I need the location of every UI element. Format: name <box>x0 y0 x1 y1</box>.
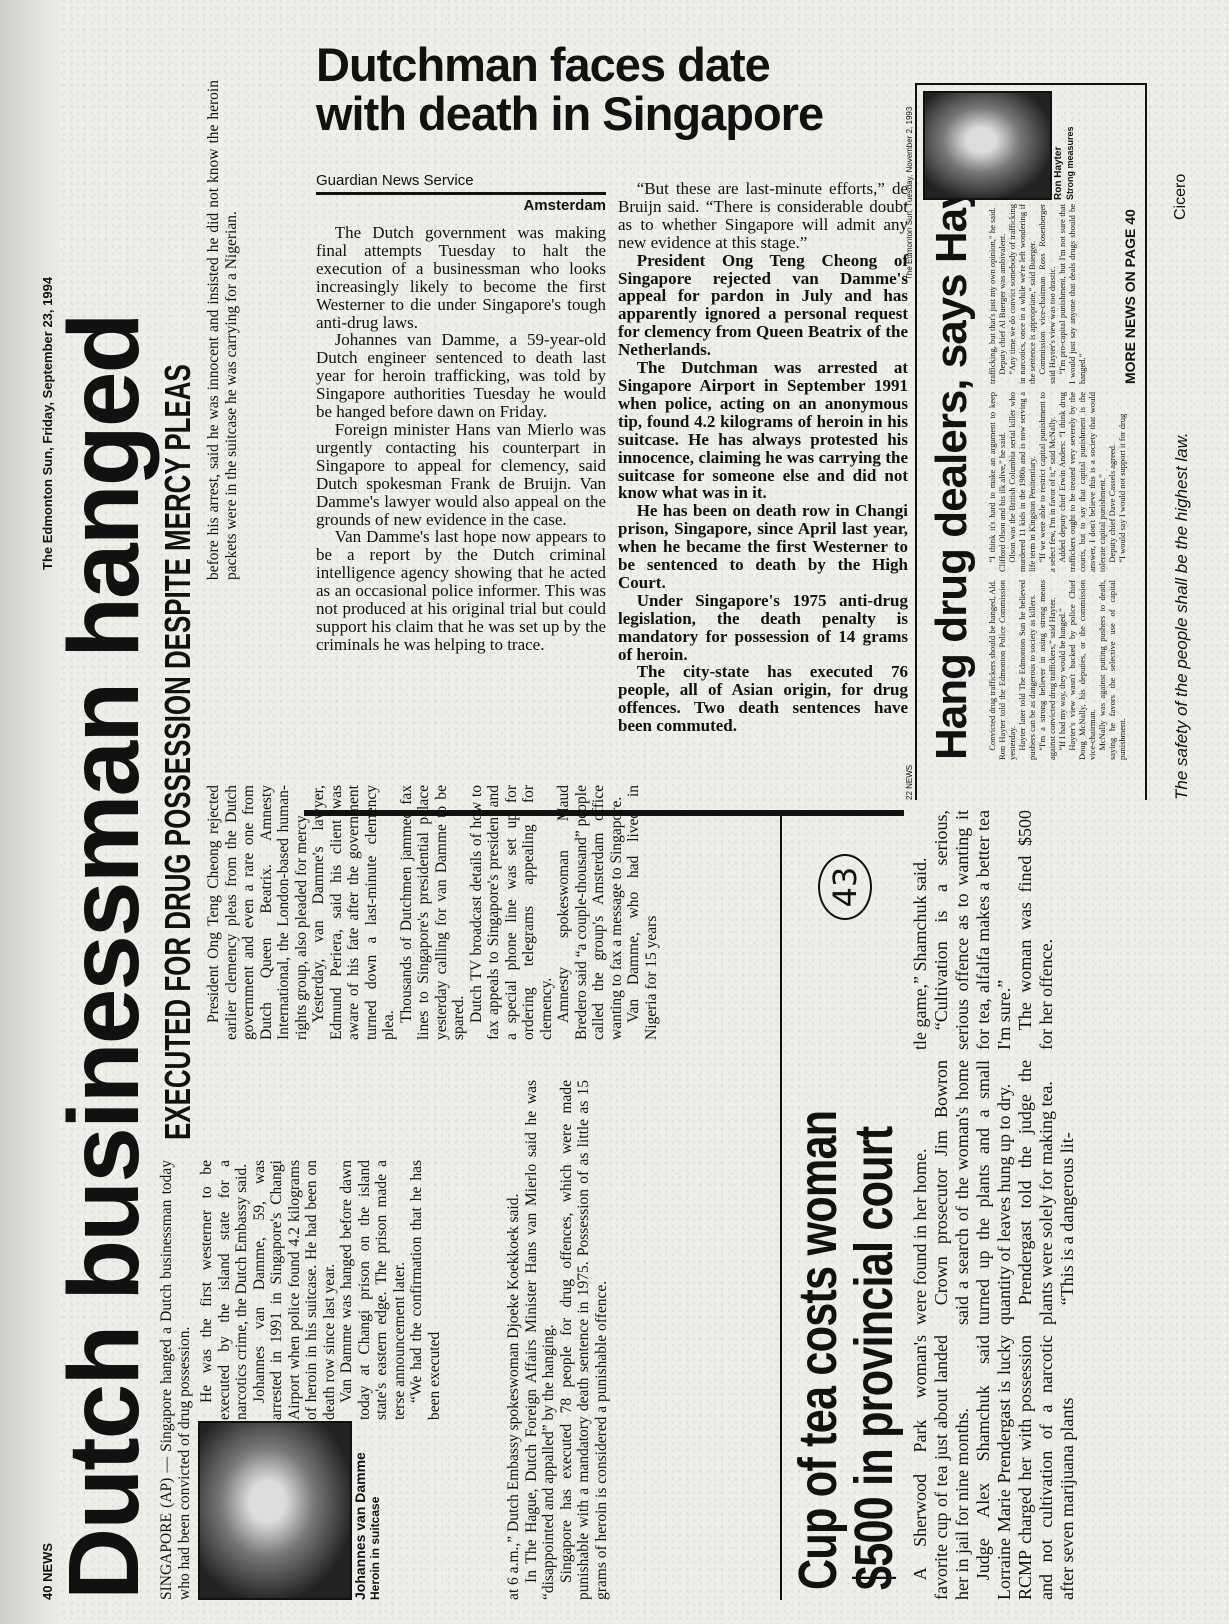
caption-name: Ron Hayter <box>1053 147 1064 200</box>
hayter-column-2: “I think it's hard to make an argument t… <box>987 392 1127 572</box>
paragraph: Convicted drug traffickers should be han… <box>987 580 1017 760</box>
left-article-column-3: President Ong Teng Cheong rejected earli… <box>205 580 765 1040</box>
left-column-3: President Ong Teng Cheong rejected earli… <box>205 785 660 1040</box>
left-article-column-4: before his arrest, said he was innocent … <box>205 80 265 580</box>
quote-text: The safety of the people shall be the hi… <box>1172 432 1192 800</box>
tea-headline: Cup of tea costs woman $500 in provincia… <box>790 1111 902 1590</box>
paragraph: He was the first westerner to be execute… <box>198 1160 251 1420</box>
tea-column-2: were found in her home. Crown prosecutor… <box>910 1060 1078 1325</box>
paragraph: Added deputy chief Erwin Anders: “I thin… <box>1057 392 1107 572</box>
paragraph: Johannes van Damme, 59, was arrested in … <box>251 1160 339 1420</box>
paragraph: “I think it's hard to make an argument t… <box>987 392 1007 572</box>
left-column-1: SINGAPORE (AP) — Singapore hanged a Dutc… <box>158 1160 193 1600</box>
paragraph: Prendergast told the judge the plants we… <box>1015 1060 1057 1325</box>
paragraph: A Sherwood Park woman's favorite cup of … <box>910 1335 973 1600</box>
paragraph: Yesterday, van Damme's lawyer, Edmund Pe… <box>310 785 398 1040</box>
left-article-bottom-columns: at 6 a.m.,” Dutch Embassy spokeswoman Dj… <box>505 1080 775 1600</box>
page-label: 22 NEWS <box>905 765 914 800</box>
paragraph: before his arrest, said he was innocent … <box>205 80 240 580</box>
paragraph: Singapore has executed 78 people for dru… <box>558 1080 611 1600</box>
masthead-date: The Edmonton Sun, Tuesday, November 2, 1… <box>905 107 914 280</box>
newspaper-clipping-page: Dutchman faces date with death in Singap… <box>0 0 1229 1624</box>
tea-article: Cup of tea costs woman $500 in provincia… <box>780 800 1170 1600</box>
quote-block: The safety of the people shall be the hi… <box>1120 120 1210 800</box>
hayter-photo <box>923 91 1052 200</box>
paragraph: The Dutchman was arrested at Singapore A… <box>618 359 908 502</box>
paragraph: He has been on death row in Changi priso… <box>618 502 908 592</box>
paragraph: The woman was fined $500 for her offence… <box>1015 810 1057 1050</box>
paragraph: trafficking, but that's just my own opin… <box>987 204 997 384</box>
paragraph: In The Hague, Dutch Foreign Affairs Mini… <box>523 1080 558 1600</box>
paragraph: Hayter later told The Edmonton Sun he be… <box>1017 580 1037 760</box>
paragraph: Deputy chief Al Buerger was ambivalent. <box>997 204 1007 384</box>
tea-column-3: tle game,” Shamchuk said. “Cultivation i… <box>910 810 1057 1050</box>
hayter-column-3: trafficking, but that's just my own opin… <box>987 204 1087 384</box>
tea-column-1: A Sherwood Park woman's favorite cup of … <box>910 1335 1078 1600</box>
left-column-4: before his arrest, said he was innocent … <box>205 80 240 580</box>
center-article: Dutchman faces date with death in Singap… <box>316 40 906 138</box>
paragraph: Van Damme was hanged before dawn today a… <box>338 1160 408 1420</box>
paragraph: were found in her home. <box>910 1060 931 1325</box>
caption-name: Johannes van Damme <box>352 1425 368 1600</box>
hayter-box: Hang drug dealers, says Hayter Ron Hayte… <box>915 83 1147 800</box>
left-column-2: He was the first westerner to be execute… <box>198 1160 443 1420</box>
paragraph: “If I had my way, they would be hanged.” <box>1057 580 1067 760</box>
paragraph: “But these are last-minute efforts,” de … <box>618 180 908 252</box>
hayter-headline: Hang drug dealers, says Hayter <box>929 132 975 760</box>
handwritten-circled-number: 43 <box>818 854 872 920</box>
paragraph: Deputy chief Dave Cassels agreed. <box>1107 392 1117 572</box>
paragraph: “If we were able to restrict capital pun… <box>1037 392 1057 572</box>
paragraph: President Ong Teng Cheong of Singapore r… <box>618 252 908 359</box>
headline-line-1: Cup of tea costs woman <box>788 1111 848 1590</box>
caption-sub: Strong measures <box>1065 126 1075 200</box>
paragraph: Commission vice-chairman Ross Rosenberge… <box>1037 204 1057 384</box>
headline-line-2: $500 in provincial court <box>844 1127 904 1590</box>
van-damme-photo <box>198 1421 352 1600</box>
paragraph: Amnesty spokeswoman Maud Bredero said “a… <box>555 785 625 1040</box>
paragraph: “I'm a strong believer in using strong m… <box>1037 580 1057 760</box>
quote-attribution: Cicero <box>1172 174 1190 220</box>
paragraph: tle game,” Shamchuk said. <box>910 810 931 1050</box>
left-column-bottom: at 6 a.m.,” Dutch Embassy spokeswoman Dj… <box>505 1080 610 1600</box>
center-headline: Dutchman faces date with death in Singap… <box>316 40 906 138</box>
paragraph: “Cultivation is a serious, serious offen… <box>931 810 1015 1050</box>
paragraph: SINGAPORE (AP) — Singapore hanged a Dutc… <box>158 1160 193 1600</box>
paragraph: “We had the confirmation that he has bee… <box>408 1160 443 1420</box>
paragraph: Dutch TV broadcast details of how to fax… <box>468 785 556 1040</box>
paragraph: Thousands of Dutchmen jammed fax lines t… <box>398 785 468 1040</box>
paragraph: Judge Alex Shamchuk said Lorraine Marie … <box>973 1335 1078 1600</box>
paragraph: “I'm pro-capital punishment, but I'm not… <box>1057 204 1087 384</box>
paragraph: “This is a dangerous lit- <box>1057 1060 1078 1325</box>
paragraph: Crown prosecutor Jim Bowron said a searc… <box>931 1060 1015 1325</box>
caption-sub: Heroin in suitcase <box>368 1425 382 1600</box>
hayter-column-1: Convicted drug traffickers should be han… <box>987 580 1127 760</box>
left-headline: Dutch businessman hanged <box>54 314 154 1600</box>
paragraph: Hayter's view wasn't backed by police Ch… <box>1067 580 1097 760</box>
left-deck: EXECUTED FOR DRUG POSSESSION DESPITE MER… <box>158 364 198 1140</box>
paragraph: at 6 a.m.,” Dutch Embassy spokeswoman Dj… <box>505 1080 523 1600</box>
paragraph: President Ong Teng Cheong rejected earli… <box>205 785 310 1040</box>
paragraph: “Any time we do convict somebody of traf… <box>1007 204 1037 384</box>
tea-top-rule <box>780 810 782 1600</box>
photo-caption: Johannes van Damme Heroin in suitcase <box>352 1425 382 1600</box>
hayter-clipping: 22 NEWS The Edmonton Sun, Tuesday, Novem… <box>905 85 1145 800</box>
paragraph: Olson was the British Columbia serial ki… <box>1007 392 1037 572</box>
paragraph: Van Damme, who had lived in Nigeria for … <box>625 785 660 1040</box>
